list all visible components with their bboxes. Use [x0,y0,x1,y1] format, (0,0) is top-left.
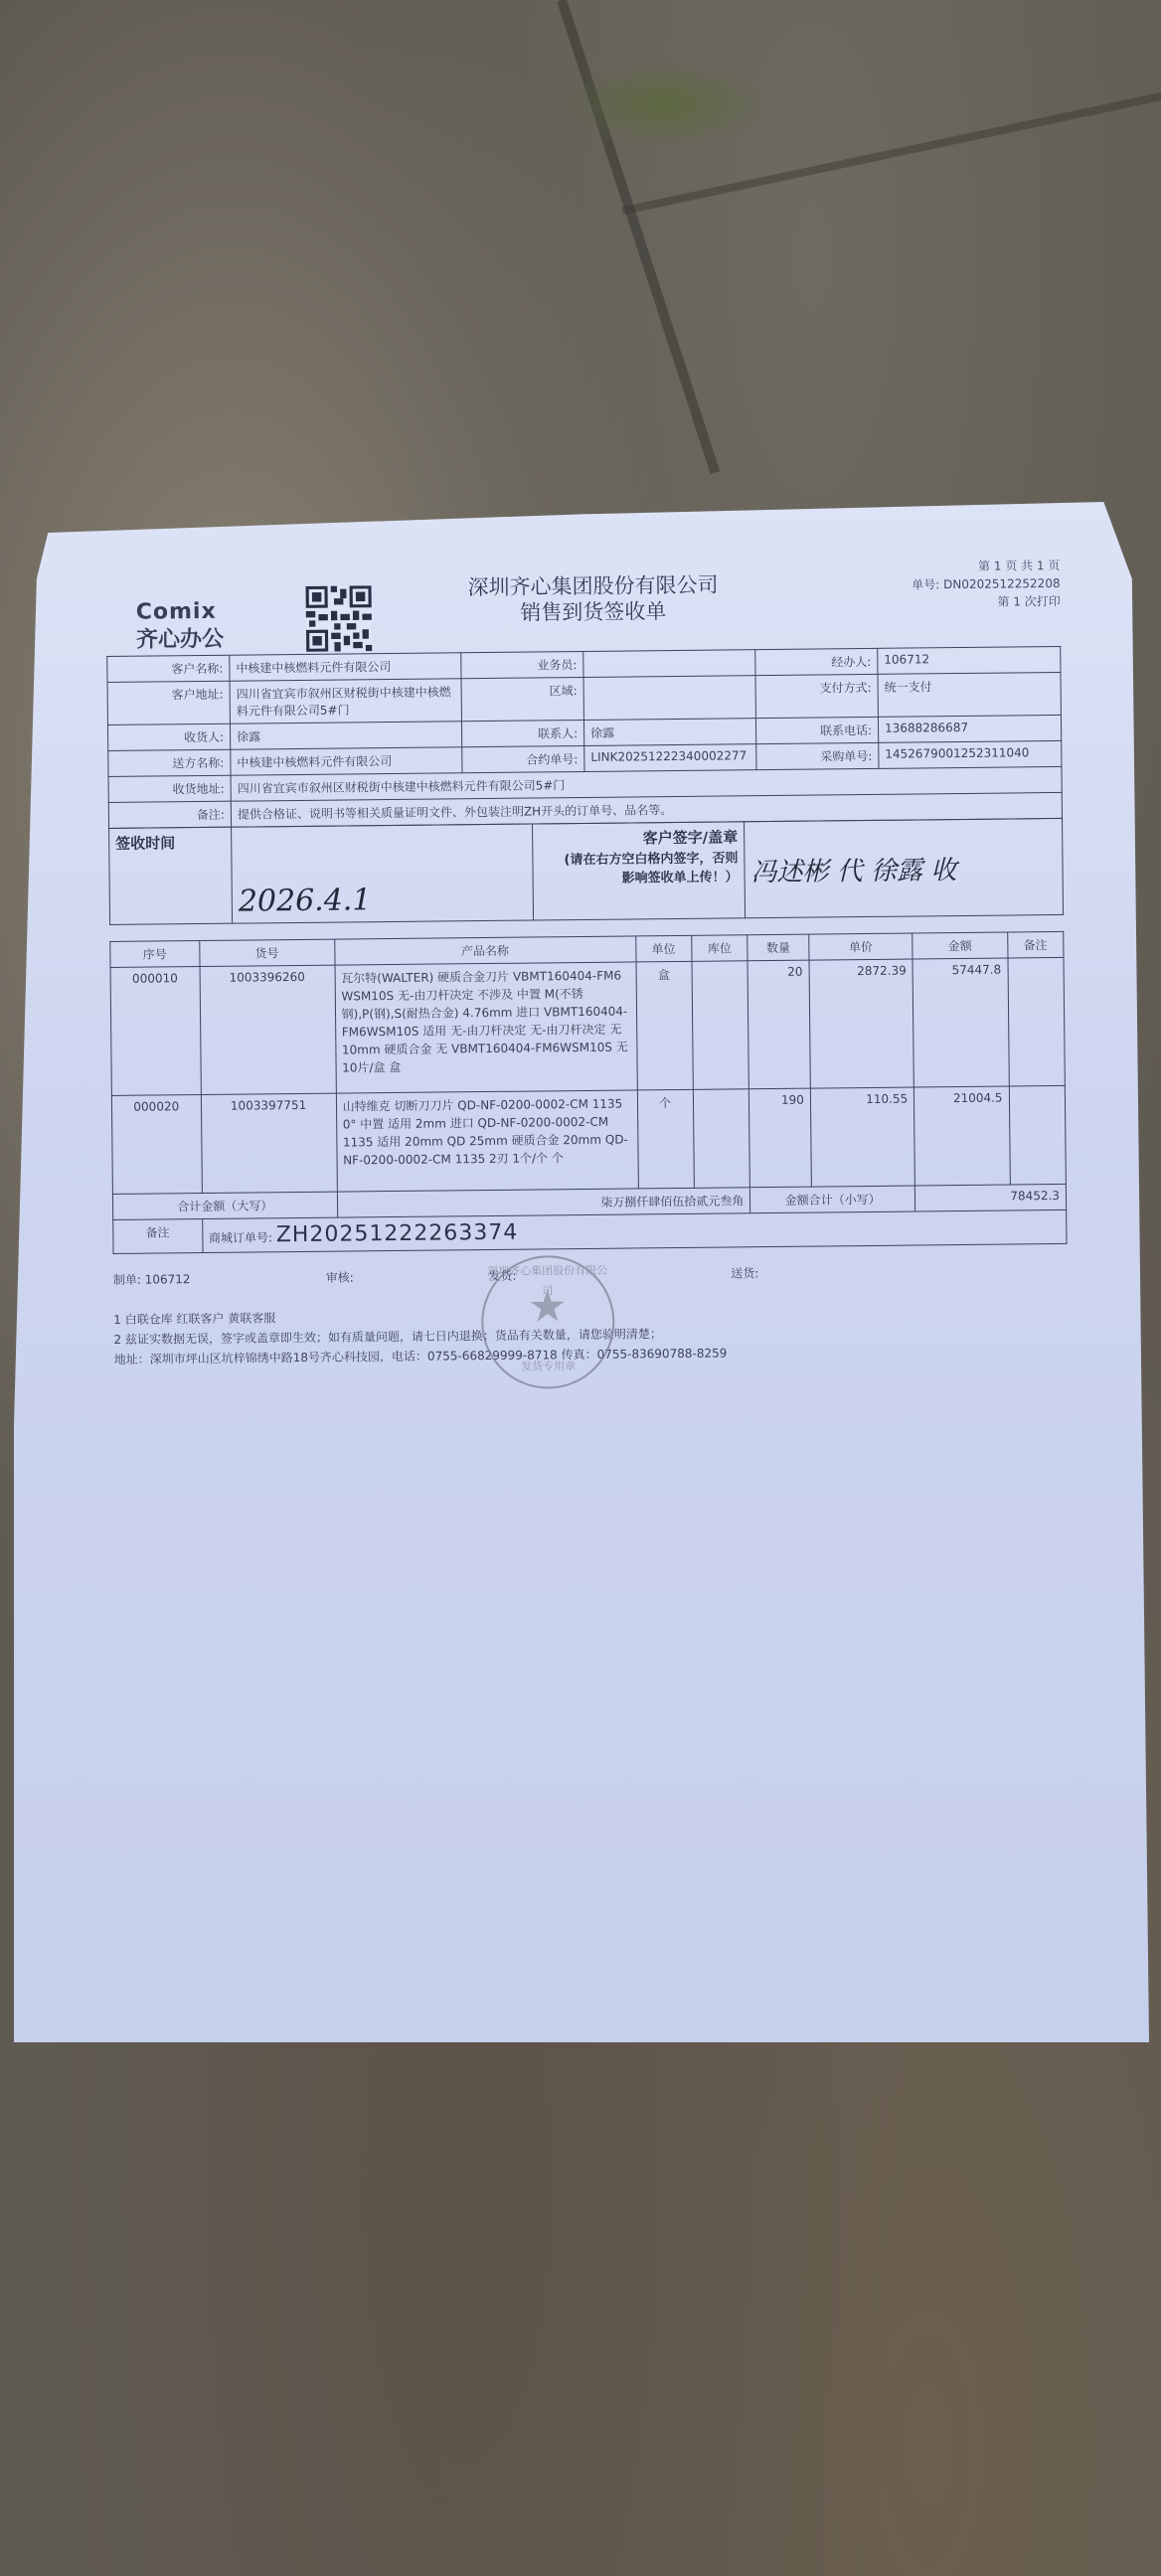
items-table: 序号货号产品名称单位库位数量单价金额备注 0000101003396260瓦尔特… [109,931,1067,1254]
qr-code-icon [305,585,374,652]
table-row: 0000201003397751山特维克 切断刀刀片 QD-NF-0200-00… [111,1085,1066,1194]
cell-unit: 盒 [636,961,694,1090]
cell-amount: 57447.8 [912,958,1009,1087]
cell-seq: 000010 [110,967,201,1096]
column-header: 货号 [199,939,334,966]
cell-note [1009,1085,1066,1185]
customer-name: 中核建中核燃料元件有限公司 [230,653,461,681]
handler: 106712 [878,646,1061,674]
phone: 13688286687 [878,715,1061,742]
customer-info-table: 客户名称: 中核建中核燃料元件有限公司 业务员: 经办人: 106712 客户地… [106,646,1063,829]
cell-location [692,961,749,1090]
cell-location [693,1089,749,1189]
column-header: 备注 [1007,931,1064,958]
handwritten-date: 2026.4.1 [239,883,372,918]
purchase-order-number: 1452679001252311040 [879,740,1062,768]
signature-table: 签收时间 2026.4.1 客户签字/盖章 (请在右方空白格内签字，否则 影响签… [108,818,1064,925]
column-header: 产品名称 [334,936,635,965]
contract-number: LINK20251222340002277 [584,744,756,772]
document-meta: 第 1 页 共 1 页 单号: DN0202512252208 第 1 次打印 [912,557,1061,612]
handwritten-signature: 冯述彬 代 徐露 收 [750,856,956,887]
cell-qty: 190 [749,1088,812,1188]
column-header: 单位 [635,935,692,962]
receipt-header: Comix 齐心办公 深圳齐心集团股份有限公司 销售到货签收单 第 1 页 共 … [105,527,1061,656]
column-header: 数量 [747,934,809,961]
cell-price: 2872.39 [809,959,914,1088]
payment-method: 统一支付 [878,672,1061,717]
sign-time-field[interactable]: 2026.4.1 [232,824,534,923]
document-title: 深圳齐心集团股份有限公司 销售到货签收单 [423,571,762,627]
company-seal: 深圳齐心集团股份有限公司 ★ 发货专用章 [481,1255,615,1389]
comix-logo: Comix 齐心办公 [136,599,225,654]
salesman [583,650,755,678]
star-icon: ★ [528,1297,568,1317]
maker: 106712 [145,1269,191,1289]
cell-unit: 个 [637,1089,694,1189]
sign-time-label: 签收时间 [109,827,233,924]
contact: 徐露 [583,719,755,746]
cell-name: 瓦尔特(WALTER) 硬质合金刀片 VBMT160404-FM6 WSM10S… [335,962,637,1093]
customer-signature-field[interactable]: 冯述彬 代 徐露 收 [745,818,1064,917]
cell-qty: 20 [747,960,810,1089]
table-row: 0000101003396260瓦尔特(WALTER) 硬质合金刀片 VBMT1… [110,957,1065,1095]
column-header: 库位 [692,935,748,962]
column-header: 单价 [809,933,913,960]
column-header: 序号 [110,941,200,968]
receiver: 徐露 [230,722,461,749]
cell-sku: 1003397751 [201,1093,337,1193]
region [583,676,755,721]
cell-price: 110.55 [810,1087,914,1187]
column-header: 金额 [912,932,1008,959]
customer-address: 四川省宜宾市叙州区财税街中核建中核燃料元件有限公司5#门 [230,679,461,724]
total-amount-lower: 78452.3 [915,1184,1067,1211]
cell-sku: 1003396260 [200,965,336,1094]
cell-amount: 21004.5 [914,1086,1010,1186]
cell-name: 山特维克 切断刀刀片 QD-NF-0200-0002-CM 1135 0° 中置… [336,1090,638,1192]
customer-sign-instructions: 客户签字/盖章 (请在右方空白格内签字，否则 影响签收单上传！） [533,822,746,920]
document-number: DN0202512252208 [943,576,1061,591]
mall-order-number: ZH20251222263374 [276,1220,519,1248]
delivery-receipt: Comix 齐心办公 深圳齐心集团股份有限公司 销售到货签收单 第 1 页 共 … [105,527,1069,1369]
receipt-footer: 深圳齐心集团股份有限公司 ★ 发货专用章 制单: 106712 审核: 发货: … [113,1260,1069,1369]
moss-patch [557,60,775,149]
cell-note [1008,957,1066,1086]
ship-to-name: 中核建中核燃料元件有限公司 [231,747,462,775]
cell-seq: 000020 [111,1095,202,1195]
